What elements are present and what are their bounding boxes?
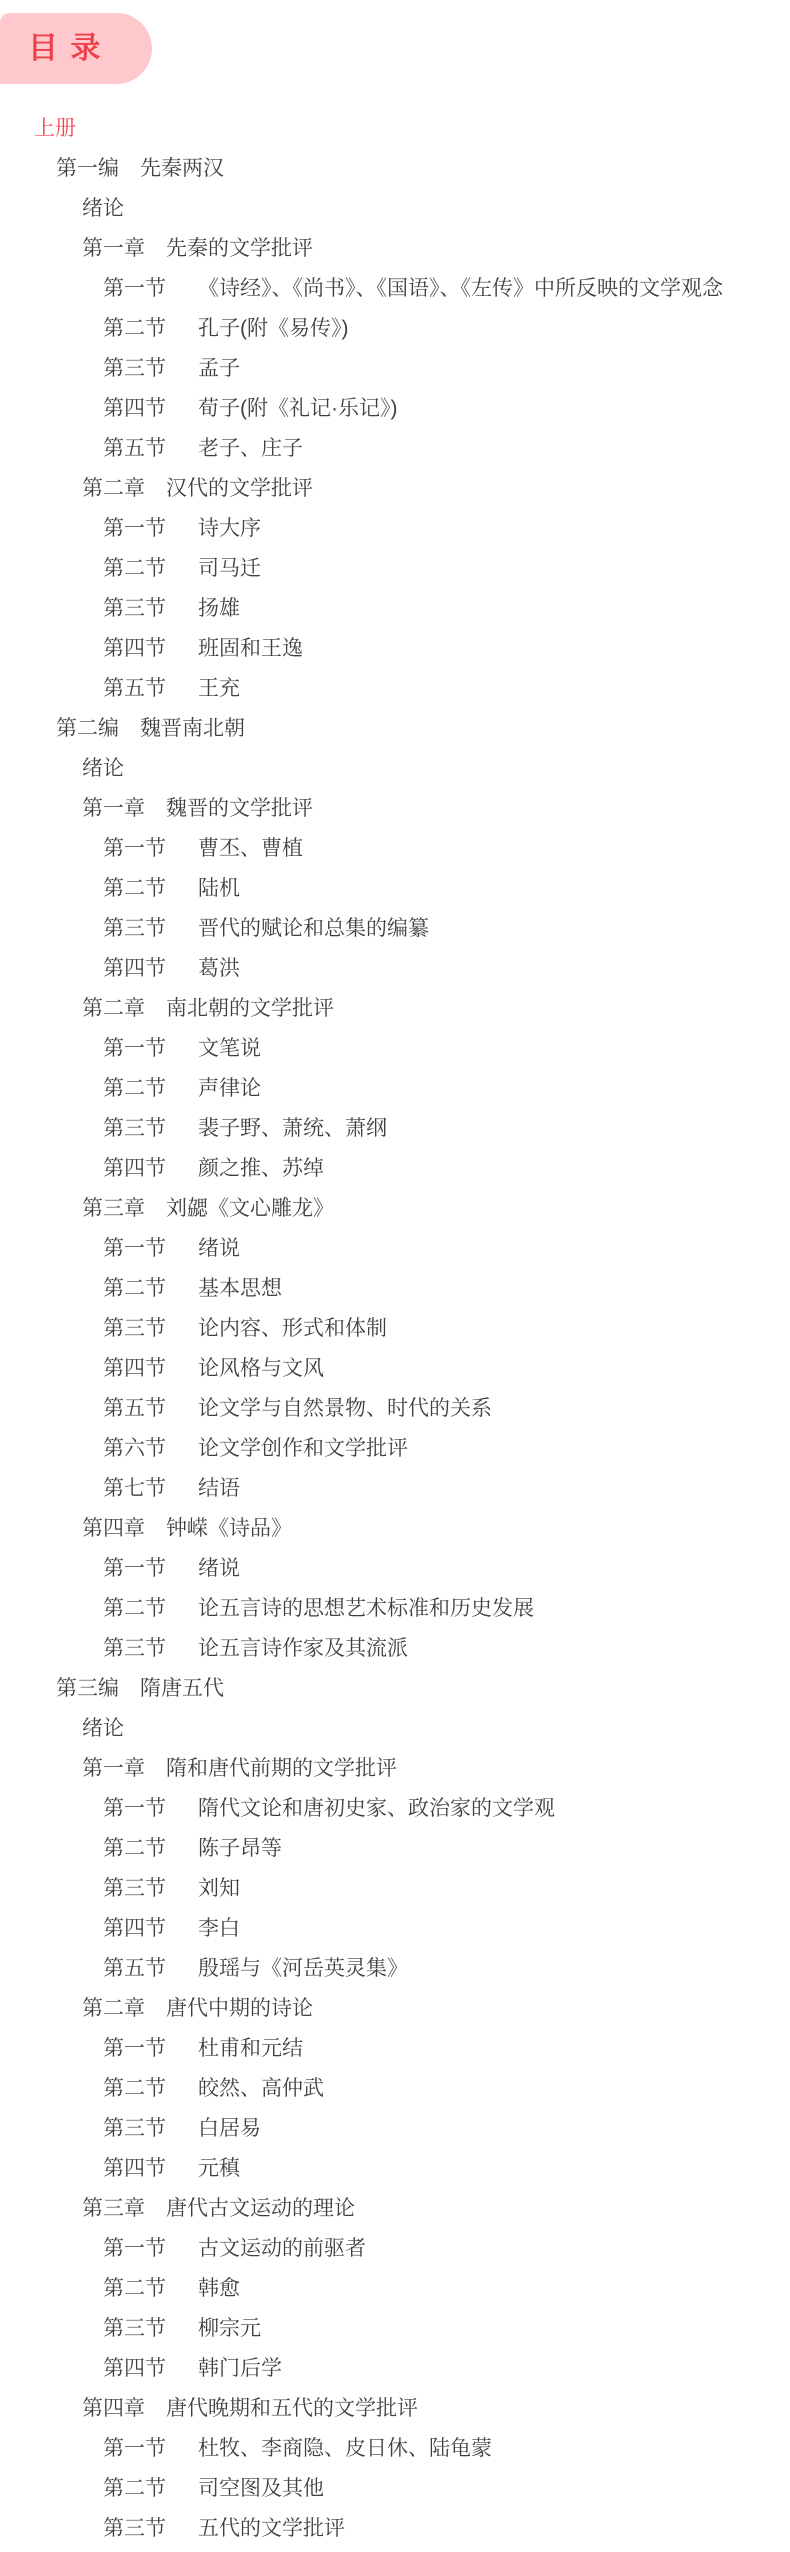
toc-item: 第二节司空图及其他 — [0, 2467, 790, 2507]
toc-item-title: 元稹 — [198, 2152, 240, 2182]
toc-item-title: 扬雄 — [198, 592, 240, 622]
toc-item: 第五节王充 — [0, 667, 790, 707]
toc-item-title: 陈子昂等 — [198, 1832, 282, 1862]
toc-item-num: 第二节 — [103, 1272, 166, 1302]
toc-item: 第二章南北朝的文学批评 — [0, 987, 790, 1027]
toc-item: 第三章唐代古文运动的理论 — [0, 2187, 790, 2227]
toc-item-num: 第一节 — [103, 1232, 166, 1262]
toc-item-num: 第一节 — [103, 1552, 166, 1582]
toc-item: 第一节曹丕、曹植 — [0, 827, 790, 867]
toc-item: 第二节陆机 — [0, 867, 790, 907]
toc-item-title: 论文学创作和文学批评 — [198, 1432, 408, 1462]
toc-item-num: 第四节 — [103, 2152, 166, 2182]
toc-item-title: 隋代文论和唐初史家、政治家的文学观 — [198, 1792, 555, 1822]
toc-item-title: 绪论 — [82, 1712, 124, 1742]
toc-item: 第四节葛洪 — [0, 947, 790, 987]
toc-item-num: 第三节 — [103, 1312, 166, 1342]
toc-item-title: 李白 — [198, 1912, 240, 1942]
toc-item: 第一节古文运动的前驱者 — [0, 2227, 790, 2267]
toc-item: 第二节皎然、高仲武 — [0, 2067, 790, 2107]
toc-item-title: 孔子(附《易传》) — [198, 312, 349, 342]
toc-item-num: 第四节 — [103, 1912, 166, 1942]
toc-item-title: 荀子(附《礼记·乐记》) — [198, 392, 397, 422]
toc-item-num: 第一节 — [103, 2032, 166, 2062]
toc-item: 第四节班固和王逸 — [0, 627, 790, 667]
toc-item-num: 第四节 — [103, 392, 166, 422]
toc-item-title: 颜之推、苏绰 — [198, 1152, 324, 1182]
toc-item: 绪论 — [0, 747, 790, 787]
toc-item: 第三编隋唐五代 — [0, 1667, 790, 1707]
toc-item: 第二节孔子(附《易传》) — [0, 307, 790, 347]
toc-item-num: 第三编 — [56, 1672, 119, 1702]
toc-item: 第五节殷瑶与《河岳英灵集》 — [0, 1947, 790, 1987]
toc-item-num: 第三章 — [82, 2192, 145, 2222]
toc-item: 第一节绪说 — [0, 1227, 790, 1267]
toc-item-title: 晋代的赋论和总集的编纂 — [198, 912, 429, 942]
toc-item: 第三节论五言诗作家及其流派 — [0, 1627, 790, 1667]
toc-item-title: 《诗经》、《尚书》、《国语》、《左传》中所反映的文学观念 — [198, 272, 723, 302]
toc-item-title: 古文运动的前驱者 — [198, 2232, 366, 2262]
toc-item-num: 第五节 — [103, 432, 166, 462]
toc-item-title: 绪论 — [82, 752, 124, 782]
toc-item-title: 班固和王逸 — [198, 632, 303, 662]
toc-item-title: 韩门后学 — [198, 2352, 282, 2382]
toc-item-title: 刘知 — [198, 1872, 240, 1902]
toc-item-title: 绪说 — [198, 1232, 240, 1262]
toc-item-title: 先秦两汉 — [140, 152, 224, 182]
toc-item-title: 孟子 — [198, 352, 240, 382]
toc-item-title: 汉代的文学批评 — [166, 472, 313, 502]
toc-item-num: 第一节 — [103, 2232, 166, 2262]
toc-item-title: 老子、庄子 — [198, 432, 303, 462]
toc-item-title: 论内容、形式和体制 — [198, 1312, 387, 1342]
toc-item-num: 第五节 — [103, 672, 166, 702]
toc-item-title: 论五言诗作家及其流派 — [198, 1632, 408, 1662]
toc-item-num: 第二节 — [103, 2072, 166, 2102]
toc-item-title: 魏晋的文学批评 — [166, 792, 313, 822]
toc-item: 第一节杜甫和元结 — [0, 2027, 790, 2067]
toc-item-title: 绪说 — [198, 1552, 240, 1582]
toc-item-title: 先秦的文学批评 — [166, 232, 313, 262]
toc-item-title: 结语 — [198, 1472, 240, 1502]
toc-item: 第一节文笔说 — [0, 1027, 790, 1067]
toc-item: 第三节孟子 — [0, 347, 790, 387]
toc-item-num: 第一节 — [103, 2432, 166, 2462]
toc-item-title: 魏晋南北朝 — [140, 712, 245, 742]
toc-item: 第三节晋代的赋论和总集的编纂 — [0, 907, 790, 947]
toc-item: 第四节韩门后学 — [0, 2347, 790, 2387]
toc-item-title: 皎然、高仲武 — [198, 2072, 324, 2102]
toc-item: 第一节绪说 — [0, 1547, 790, 1587]
toc-item: 第七节结语 — [0, 1467, 790, 1507]
toc-item-title: 裴子野、萧统、萧纲 — [198, 1112, 387, 1142]
toc-item: 第五节论文学与自然景物、时代的关系 — [0, 1387, 790, 1427]
toc-item-num: 第一节 — [103, 272, 166, 302]
toc-item-title: 曹丕、曹植 — [198, 832, 303, 862]
toc-volume-label: 上册 — [0, 107, 790, 147]
toc-item-num: 第四节 — [103, 1352, 166, 1382]
page-title: 目 录 — [28, 34, 102, 64]
toc-item: 第二节基本思想 — [0, 1267, 790, 1307]
toc-item: 第四节颜之推、苏绰 — [0, 1147, 790, 1187]
toc-item-num: 第二章 — [82, 992, 145, 1022]
toc-item: 第一节隋代文论和唐初史家、政治家的文学观 — [0, 1787, 790, 1827]
toc-item-num: 第三节 — [103, 2312, 166, 2342]
toc-item-num: 第四节 — [103, 2352, 166, 2382]
toc-item-title: 杜牧、李商隐、皮日休、陆龟蒙 — [198, 2432, 492, 2462]
toc-item-title: 葛洪 — [198, 952, 240, 982]
toc-item: 第二编魏晋南北朝 — [0, 707, 790, 747]
toc-item-num: 第三节 — [103, 1632, 166, 1662]
toc-item-title: 唐代晚期和五代的文学批评 — [166, 2392, 418, 2422]
toc-item: 第二节陈子昂等 — [0, 1827, 790, 1867]
toc-item: 第四节李白 — [0, 1907, 790, 1947]
toc-item-title: 论风格与文风 — [198, 1352, 324, 1382]
toc-item-num: 第七节 — [103, 1472, 166, 1502]
toc-header-badge: 目 录 — [0, 13, 152, 84]
toc-item-title: 五代的文学批评 — [198, 2512, 345, 2542]
toc-item-num: 第一章 — [82, 1752, 145, 1782]
toc-item: 第五节老子、庄子 — [0, 427, 790, 467]
toc-item-num: 第三节 — [103, 592, 166, 622]
toc-item-num: 第三节 — [103, 352, 166, 382]
toc-item-num: 第一节 — [103, 512, 166, 542]
toc-item-num: 第二节 — [103, 552, 166, 582]
toc-item-title: 陆机 — [198, 872, 240, 902]
toc-item-num: 第一节 — [103, 832, 166, 862]
toc-item-title: 杜甫和元结 — [198, 2032, 303, 2062]
toc-item-title: 柳宗元 — [198, 2312, 261, 2342]
toc-item-title: 钟嵘《诗品》 — [166, 1512, 292, 1542]
toc-item: 第二节声律论 — [0, 1067, 790, 1107]
toc-item-num: 第四节 — [103, 952, 166, 982]
toc-item-title: 文笔说 — [198, 1032, 261, 1062]
toc-item-num: 第二节 — [103, 2272, 166, 2302]
toc-item: 第二节韩愈 — [0, 2267, 790, 2307]
toc-item: 第二节司马迁 — [0, 547, 790, 587]
toc-item: 第一节杜牧、李商隐、皮日休、陆龟蒙 — [0, 2427, 790, 2467]
toc-item: 第一章魏晋的文学批评 — [0, 787, 790, 827]
toc-item-num: 第二节 — [103, 1832, 166, 1862]
toc-item-num: 第二章 — [82, 472, 145, 502]
toc-item-num: 第二节 — [103, 2472, 166, 2502]
toc-item: 第四节论风格与文风 — [0, 1347, 790, 1387]
toc-item-num: 第四章 — [82, 1512, 145, 1542]
toc-item: 第三节论内容、形式和体制 — [0, 1307, 790, 1347]
toc-item: 第三章刘勰《文心雕龙》 — [0, 1187, 790, 1227]
toc-item-title: 韩愈 — [198, 2272, 240, 2302]
toc-item: 第三节白居易 — [0, 2107, 790, 2147]
toc-item-title: 基本思想 — [198, 1272, 282, 1302]
toc-item-num: 第五节 — [103, 1392, 166, 1422]
toc-item: 第三节扬雄 — [0, 587, 790, 627]
toc-item: 第四章钟嵘《诗品》 — [0, 1507, 790, 1547]
toc-list: 上册 第一编先秦两汉绪论第一章先秦的文学批评第一节《诗经》、《尚书》、《国语》、… — [0, 107, 790, 2547]
toc-item: 第四章唐代晚期和五代的文学批评 — [0, 2387, 790, 2427]
toc-item: 第一编先秦两汉 — [0, 147, 790, 187]
toc-item-num: 第二节 — [103, 872, 166, 902]
toc-item-num: 第三节 — [103, 1112, 166, 1142]
toc-item-title: 王充 — [198, 672, 240, 702]
toc-item-title: 南北朝的文学批评 — [166, 992, 334, 1022]
toc-item-num: 第一节 — [103, 1032, 166, 1062]
toc-item-num: 第二节 — [103, 312, 166, 342]
toc-item: 第三节裴子野、萧统、萧纲 — [0, 1107, 790, 1147]
toc-item-title: 隋和唐代前期的文学批评 — [166, 1752, 397, 1782]
toc-item-num: 第二编 — [56, 712, 119, 742]
toc-item: 第三节五代的文学批评 — [0, 2507, 790, 2547]
toc-item-title: 声律论 — [198, 1072, 261, 1102]
toc-item-title: 唐代古文运动的理论 — [166, 2192, 355, 2222]
toc-item: 第三节刘知 — [0, 1867, 790, 1907]
toc-item: 绪论 — [0, 187, 790, 227]
toc-item-num: 第四节 — [103, 1152, 166, 1182]
toc-item-num: 第一编 — [56, 152, 119, 182]
toc-item-num: 第三节 — [103, 912, 166, 942]
toc-item: 第四节元稹 — [0, 2147, 790, 2187]
toc-item: 第一节《诗经》、《尚书》、《国语》、《左传》中所反映的文学观念 — [0, 267, 790, 307]
toc-item: 第一章隋和唐代前期的文学批评 — [0, 1747, 790, 1787]
toc-item: 第六节论文学创作和文学批评 — [0, 1427, 790, 1467]
toc-item-title: 绪论 — [82, 192, 124, 222]
toc-item: 第二章汉代的文学批评 — [0, 467, 790, 507]
toc-item-title: 刘勰《文心雕龙》 — [166, 1192, 334, 1222]
toc-item-num: 第六节 — [103, 1432, 166, 1462]
toc-item-num: 第二节 — [103, 1072, 166, 1102]
toc-item-num: 第四节 — [103, 632, 166, 662]
toc-item-num: 第三章 — [82, 1192, 145, 1222]
toc-item-num: 第一章 — [82, 232, 145, 262]
toc-item: 第一节诗大序 — [0, 507, 790, 547]
toc-item-title: 隋唐五代 — [140, 1672, 224, 1702]
toc-item-title: 唐代中期的诗论 — [166, 1992, 313, 2022]
toc-item-num: 第一章 — [82, 792, 145, 822]
toc-item: 绪论 — [0, 1707, 790, 1747]
toc-item-title: 司空图及其他 — [198, 2472, 324, 2502]
toc-item: 第四节荀子(附《礼记·乐记》) — [0, 387, 790, 427]
toc-item-num: 第四章 — [82, 2392, 145, 2422]
toc-item-num: 第三节 — [103, 2512, 166, 2542]
toc-item-num: 第一节 — [103, 1792, 166, 1822]
toc-item-num: 第五节 — [103, 1952, 166, 1982]
toc-item: 第三节柳宗元 — [0, 2307, 790, 2347]
toc-item-title: 司马迁 — [198, 552, 261, 582]
toc-item-num: 第二节 — [103, 1592, 166, 1622]
toc-item-title: 诗大序 — [198, 512, 261, 542]
toc-item: 第二节论五言诗的思想艺术标准和历史发展 — [0, 1587, 790, 1627]
toc-item-num: 第二章 — [82, 1992, 145, 2022]
toc-item-title: 殷瑶与《河岳英灵集》 — [198, 1952, 408, 1982]
toc-item-title: 白居易 — [198, 2112, 261, 2142]
toc-item: 第二章唐代中期的诗论 — [0, 1987, 790, 2027]
toc-item: 第一章先秦的文学批评 — [0, 227, 790, 267]
toc-item-num: 第三节 — [103, 1872, 166, 1902]
toc-item-num: 第三节 — [103, 2112, 166, 2142]
toc-item-title: 论五言诗的思想艺术标准和历史发展 — [198, 1592, 534, 1622]
toc-item-title: 论文学与自然景物、时代的关系 — [198, 1392, 492, 1422]
